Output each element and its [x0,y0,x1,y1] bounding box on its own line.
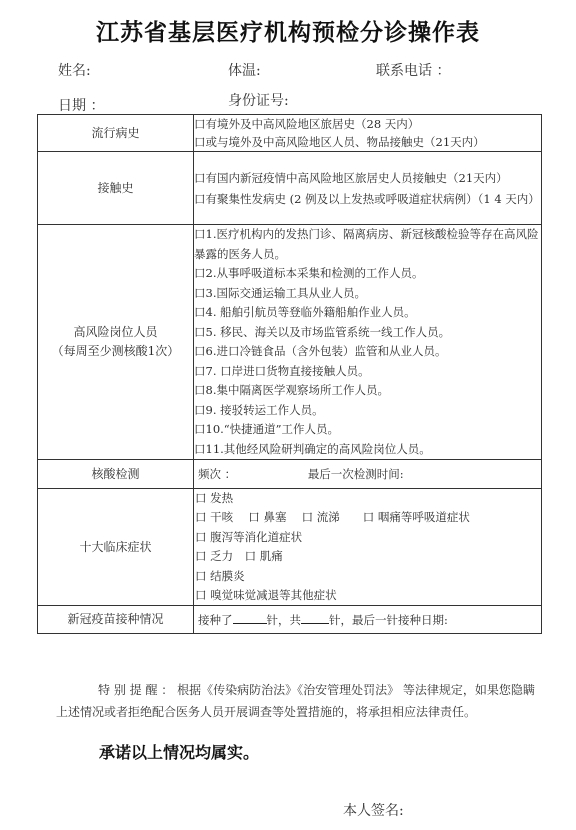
doses-received-blank[interactable] [233,611,267,624]
triage-form-table: 流行病史 口有境外及中高风险地区旅居史（28 天内） 口或与境外及中高风险地区人… [37,114,542,634]
checkbox-option[interactable]: 口1.医疗机构内的发热门诊、隔离病房、新冠核酸检验等存在高风险暴露的医务人员。 [194,225,541,264]
checkbox-option[interactable]: 口 结膜炎 [195,567,541,586]
checkbox-option[interactable]: 口 乏力 口 肌痛 [195,547,541,566]
checkbox-option[interactable]: 口4. 船舶引航员等登临外籍船舶作业人员。 [194,303,541,323]
table-row-nucleic-acid-test: 核酸检测 频次 ： 最后一次检测时间: [38,460,542,489]
row-label: 十大临床症状 [38,489,194,606]
row-label: 流行病史 [38,115,194,152]
checkbox-option[interactable]: 口9. 接驳转运工作人员。 [194,401,541,421]
row-options: 口有境外及中高风险地区旅居史（28 天内） 口或与境外及中高风险地区人员、物品接… [194,115,542,152]
checkbox-option[interactable]: 口 发热 [195,489,541,508]
checkbox-option[interactable]: 口有聚集性发病史 (2 例及以上发热或呼吸道症状病例）（1 4 天内） [194,190,541,208]
row-label: 高风险岗位人员 （每周至少测核酸1次） [38,225,194,460]
table-row-vaccination: 新冠疫苗接种情况 接种了针，共针，最后一针接种日期: [38,606,542,634]
temperature-field-label: 体温: [228,60,261,80]
checkbox-option[interactable]: 口7. 口岸进口货物直接接触人员。 [194,362,541,382]
row-options: 口有国内新冠疫情中高风险地区旅居史人员接触史（21天内） 口有聚集性发病史 (2… [194,152,542,225]
checkbox-option[interactable]: 口或与境外及中高风险地区人员、物品接触史（21天内） [194,133,541,151]
last-dose-date-field[interactable]: 针，最后一针接种日期: [329,613,448,627]
row-label: 新冠疫苗接种情况 [38,606,194,634]
legal-notice-text: 特 别 提 醒 ： 根据《传染病防治法》《治安管理处罚法》 等法律规定，如果您隐… [56,683,535,719]
checkbox-option[interactable]: 口2.从事呼吸道标本采集和检测的工作人员。 [194,264,541,284]
vaccination-text: 接种了 [198,613,233,627]
table-row-contact-history: 接触史 口有国内新冠疫情中高风险地区旅居史人员接触史（21天内） 口有聚集性发病… [38,152,542,225]
row-label-note: （每周至少测核酸1次） [38,342,193,361]
row-fields: 接种了针，共针，最后一针接种日期: [194,606,542,634]
row-label: 接触史 [38,152,194,225]
checkbox-option[interactable]: 口5. 移民、海关以及市场监管系统一线工作人员。 [194,323,541,343]
total-doses-blank[interactable] [301,611,329,624]
form-title: 江苏省基层医疗机构预检分诊操作表 [96,14,480,47]
id-number-field-label: 身份证号: [228,90,289,110]
row-label-main: 高风险岗位人员 [38,323,193,342]
legal-notice: 特 别 提 醒 ： 根据《传染病防治法》《治安管理处罚法》 等法律规定，如果您隐… [56,679,544,723]
signature-field[interactable]: 本人签名: [343,800,404,820]
phone-field-label: 联系电话 ： [376,60,450,80]
checkbox-option[interactable]: 口10.“快捷通道”工作人员。 [194,420,541,440]
table-row-clinical-symptoms: 十大临床症状 口 发热 口 干咳 口 鼻塞 口 流涕 口 咽痛等呼吸道症状 口 … [38,489,542,606]
table-row-high-risk-positions: 高风险岗位人员 （每周至少测核酸1次） 口1.医疗机构内的发热门诊、隔离病房、新… [38,225,542,460]
row-options: 口 发热 口 干咳 口 鼻塞 口 流涕 口 咽痛等呼吸道症状 口 腹泻等消化道症… [194,489,542,606]
checkbox-option[interactable]: 口有国内新冠疫情中高风险地区旅居史人员接触史（21天内） [194,169,541,187]
row-options: 口1.医疗机构内的发热门诊、隔离病房、新冠核酸检验等存在高风险暴露的医务人员。 … [194,225,542,460]
checkbox-option[interactable]: 口有境外及中高风险地区旅居史（28 天内） [194,115,541,133]
checkbox-option[interactable]: 口8.集中隔离医学观察场所工作人员。 [194,381,541,401]
checkbox-option[interactable]: 口 干咳 口 鼻塞 口 流涕 口 咽痛等呼吸道症状 [195,508,541,527]
pledge-statement: 承诺以上情况均属实。 [99,740,259,763]
test-frequency-field[interactable]: 频次 ： [198,467,236,481]
name-field-label: 姓名: [58,60,91,80]
checkbox-option[interactable]: 口6.进口冷链食品（含外包装）监管和从业人员。 [194,342,541,362]
checkbox-option[interactable]: 口3.国际交通运输工具从业人员。 [194,284,541,304]
checkbox-option[interactable]: 口11.其他经风险研判确定的高风险岗位人员。 [194,440,541,460]
checkbox-option[interactable]: 口 嗅觉味觉减退等其他症状 [195,586,541,605]
row-fields: 频次 ： 最后一次检测时间: [194,460,542,489]
checkbox-option[interactable]: 口 腹泻等消化道症状 [195,528,541,547]
date-field-label: 日期 ： [58,95,104,115]
vaccination-text: 针，共 [267,613,302,627]
last-test-time-field[interactable]: 最后一次检测时间: [308,467,404,481]
row-label: 核酸检测 [38,460,194,489]
table-row-epidemic-history: 流行病史 口有境外及中高风险地区旅居史（28 天内） 口或与境外及中高风险地区人… [38,115,542,152]
